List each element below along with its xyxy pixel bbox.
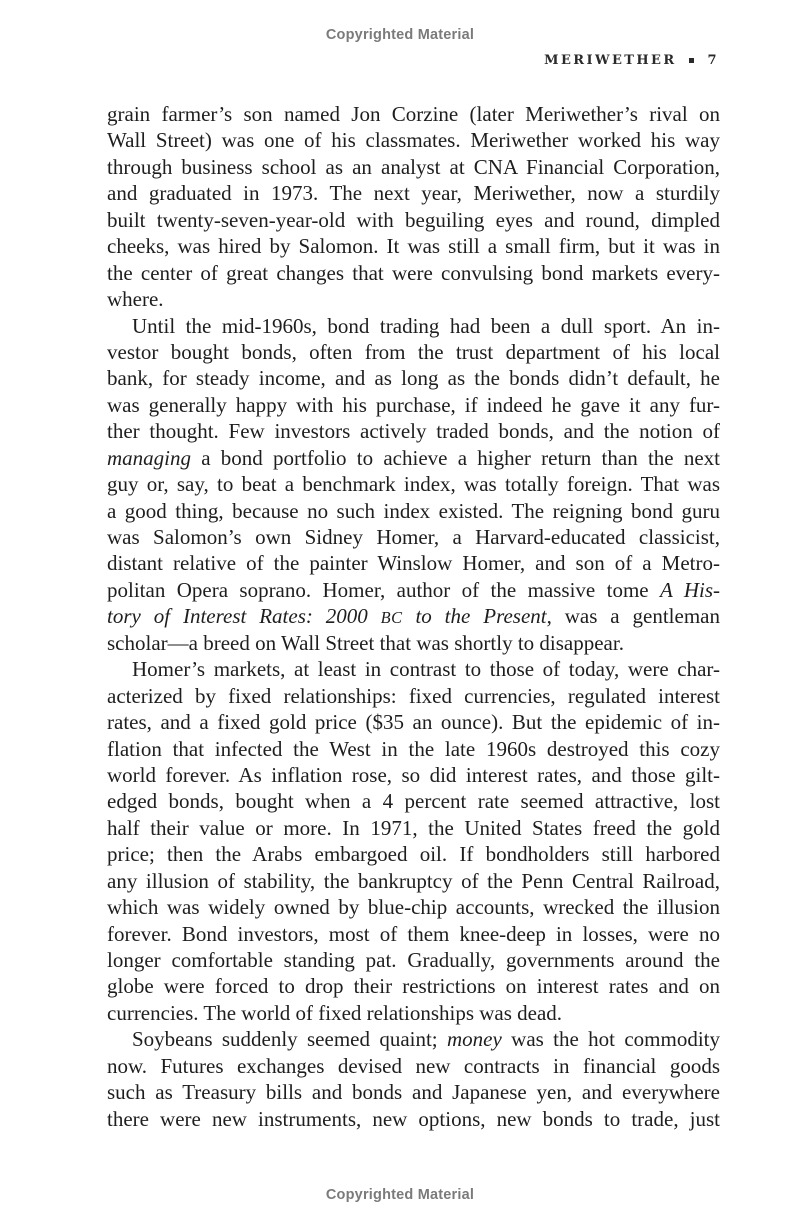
running-head: MERIWETHER 7 bbox=[544, 53, 719, 68]
text-line: there were new instruments, new options,… bbox=[107, 1106, 720, 1132]
text-line: price; then the Arabs embargoed oil. If … bbox=[107, 841, 720, 867]
text-line: longer comfortable standing pat. Gradual… bbox=[107, 947, 720, 973]
paragraph-1: grain farmer’s son named Jon Corzine (la… bbox=[107, 101, 720, 313]
text-line: Soybeans suddenly seemed quaint; money w… bbox=[107, 1026, 720, 1052]
text-line: a good thing, because no such index exis… bbox=[107, 498, 720, 524]
copyright-watermark-bottom: Copyrighted Material bbox=[0, 1187, 800, 1203]
text-line: where. bbox=[107, 286, 720, 312]
text-line: politan Opera soprano. Homer, author of … bbox=[107, 577, 720, 603]
text-line: acterized by fixed relationships: fixed … bbox=[107, 683, 720, 709]
text-line: globe were forced to drop their restrict… bbox=[107, 973, 720, 999]
text-line: was generally happy with his purchase, i… bbox=[107, 392, 720, 418]
text-line: rates, and a fixed gold price ($35 an ou… bbox=[107, 709, 720, 735]
text-line: Until the mid-1960s, bond trading had be… bbox=[107, 313, 720, 339]
text-line: currencies. The world of fixed relations… bbox=[107, 1000, 720, 1026]
separator-square-icon bbox=[689, 58, 694, 63]
paragraph-3: Homer’s markets, at least in contrast to… bbox=[107, 656, 720, 1026]
text-line: the center of great changes that were co… bbox=[107, 260, 720, 286]
text-line: bank, for steady income, and as long as … bbox=[107, 365, 720, 391]
text-line: was Salomon’s own Sidney Homer, a Harvar… bbox=[107, 524, 720, 550]
text-line: any illusion of stability, the bankruptc… bbox=[107, 868, 720, 894]
paragraph-2: Until the mid-1960s, bond trading had be… bbox=[107, 313, 720, 657]
text-line: built twenty-seven-year-old with beguili… bbox=[107, 207, 720, 233]
text-line: vestor bought bonds, often from the trus… bbox=[107, 339, 720, 365]
body-text: grain farmer’s son named Jon Corzine (la… bbox=[107, 101, 720, 1132]
text-line: forever. Bond investors, most of them kn… bbox=[107, 921, 720, 947]
text-line: distant relative of the painter Winslow … bbox=[107, 550, 720, 576]
paragraph-4: Soybeans suddenly seemed quaint; money w… bbox=[107, 1026, 720, 1132]
text-line: Wall Street) was one of his classmates. … bbox=[107, 127, 720, 153]
text-line: half their value or more. In 1971, the U… bbox=[107, 815, 720, 841]
text-line: world forever. As inflation rose, so did… bbox=[107, 762, 720, 788]
italic-text: managing bbox=[107, 446, 191, 470]
text-line: grain farmer’s son named Jon Corzine (la… bbox=[107, 101, 720, 127]
text-line: managing a bond portfolio to achieve a h… bbox=[107, 445, 720, 471]
text-line: now. Futures exchanges devised new contr… bbox=[107, 1053, 720, 1079]
book-title-italic: A His- bbox=[660, 578, 720, 602]
text-line: scholar—a breed on Wall Street that was … bbox=[107, 630, 720, 656]
text-line: flation that infected the West in the la… bbox=[107, 736, 720, 762]
copyright-watermark-top: Copyrighted Material bbox=[0, 27, 800, 43]
text-line: and graduated in 1973. The next year, Me… bbox=[107, 180, 720, 206]
text-line: tory of Interest Rates: 2000 BC to the P… bbox=[107, 603, 720, 629]
text-line: such as Treasury bills and bonds and Jap… bbox=[107, 1079, 720, 1105]
text-line: edged bonds, bought when a 4 percent rat… bbox=[107, 788, 720, 814]
italic-text: money bbox=[447, 1027, 502, 1051]
chapter-title: MERIWETHER bbox=[544, 53, 676, 68]
book-title-italic: tory of Interest Rates: 2000 BC to the P… bbox=[107, 604, 547, 628]
text-line: Homer’s markets, at least in contrast to… bbox=[107, 656, 720, 682]
text-line: guy or, say, to beat a benchmark index, … bbox=[107, 471, 720, 497]
text-line: cheeks, was hired by Salomon. It was sti… bbox=[107, 233, 720, 259]
text-line: ther thought. Few investors actively tra… bbox=[107, 418, 720, 444]
page-number: 7 bbox=[708, 53, 719, 68]
text-line: which was widely owned by blue-chip acco… bbox=[107, 894, 720, 920]
text-line: through business school as an analyst at… bbox=[107, 154, 720, 180]
